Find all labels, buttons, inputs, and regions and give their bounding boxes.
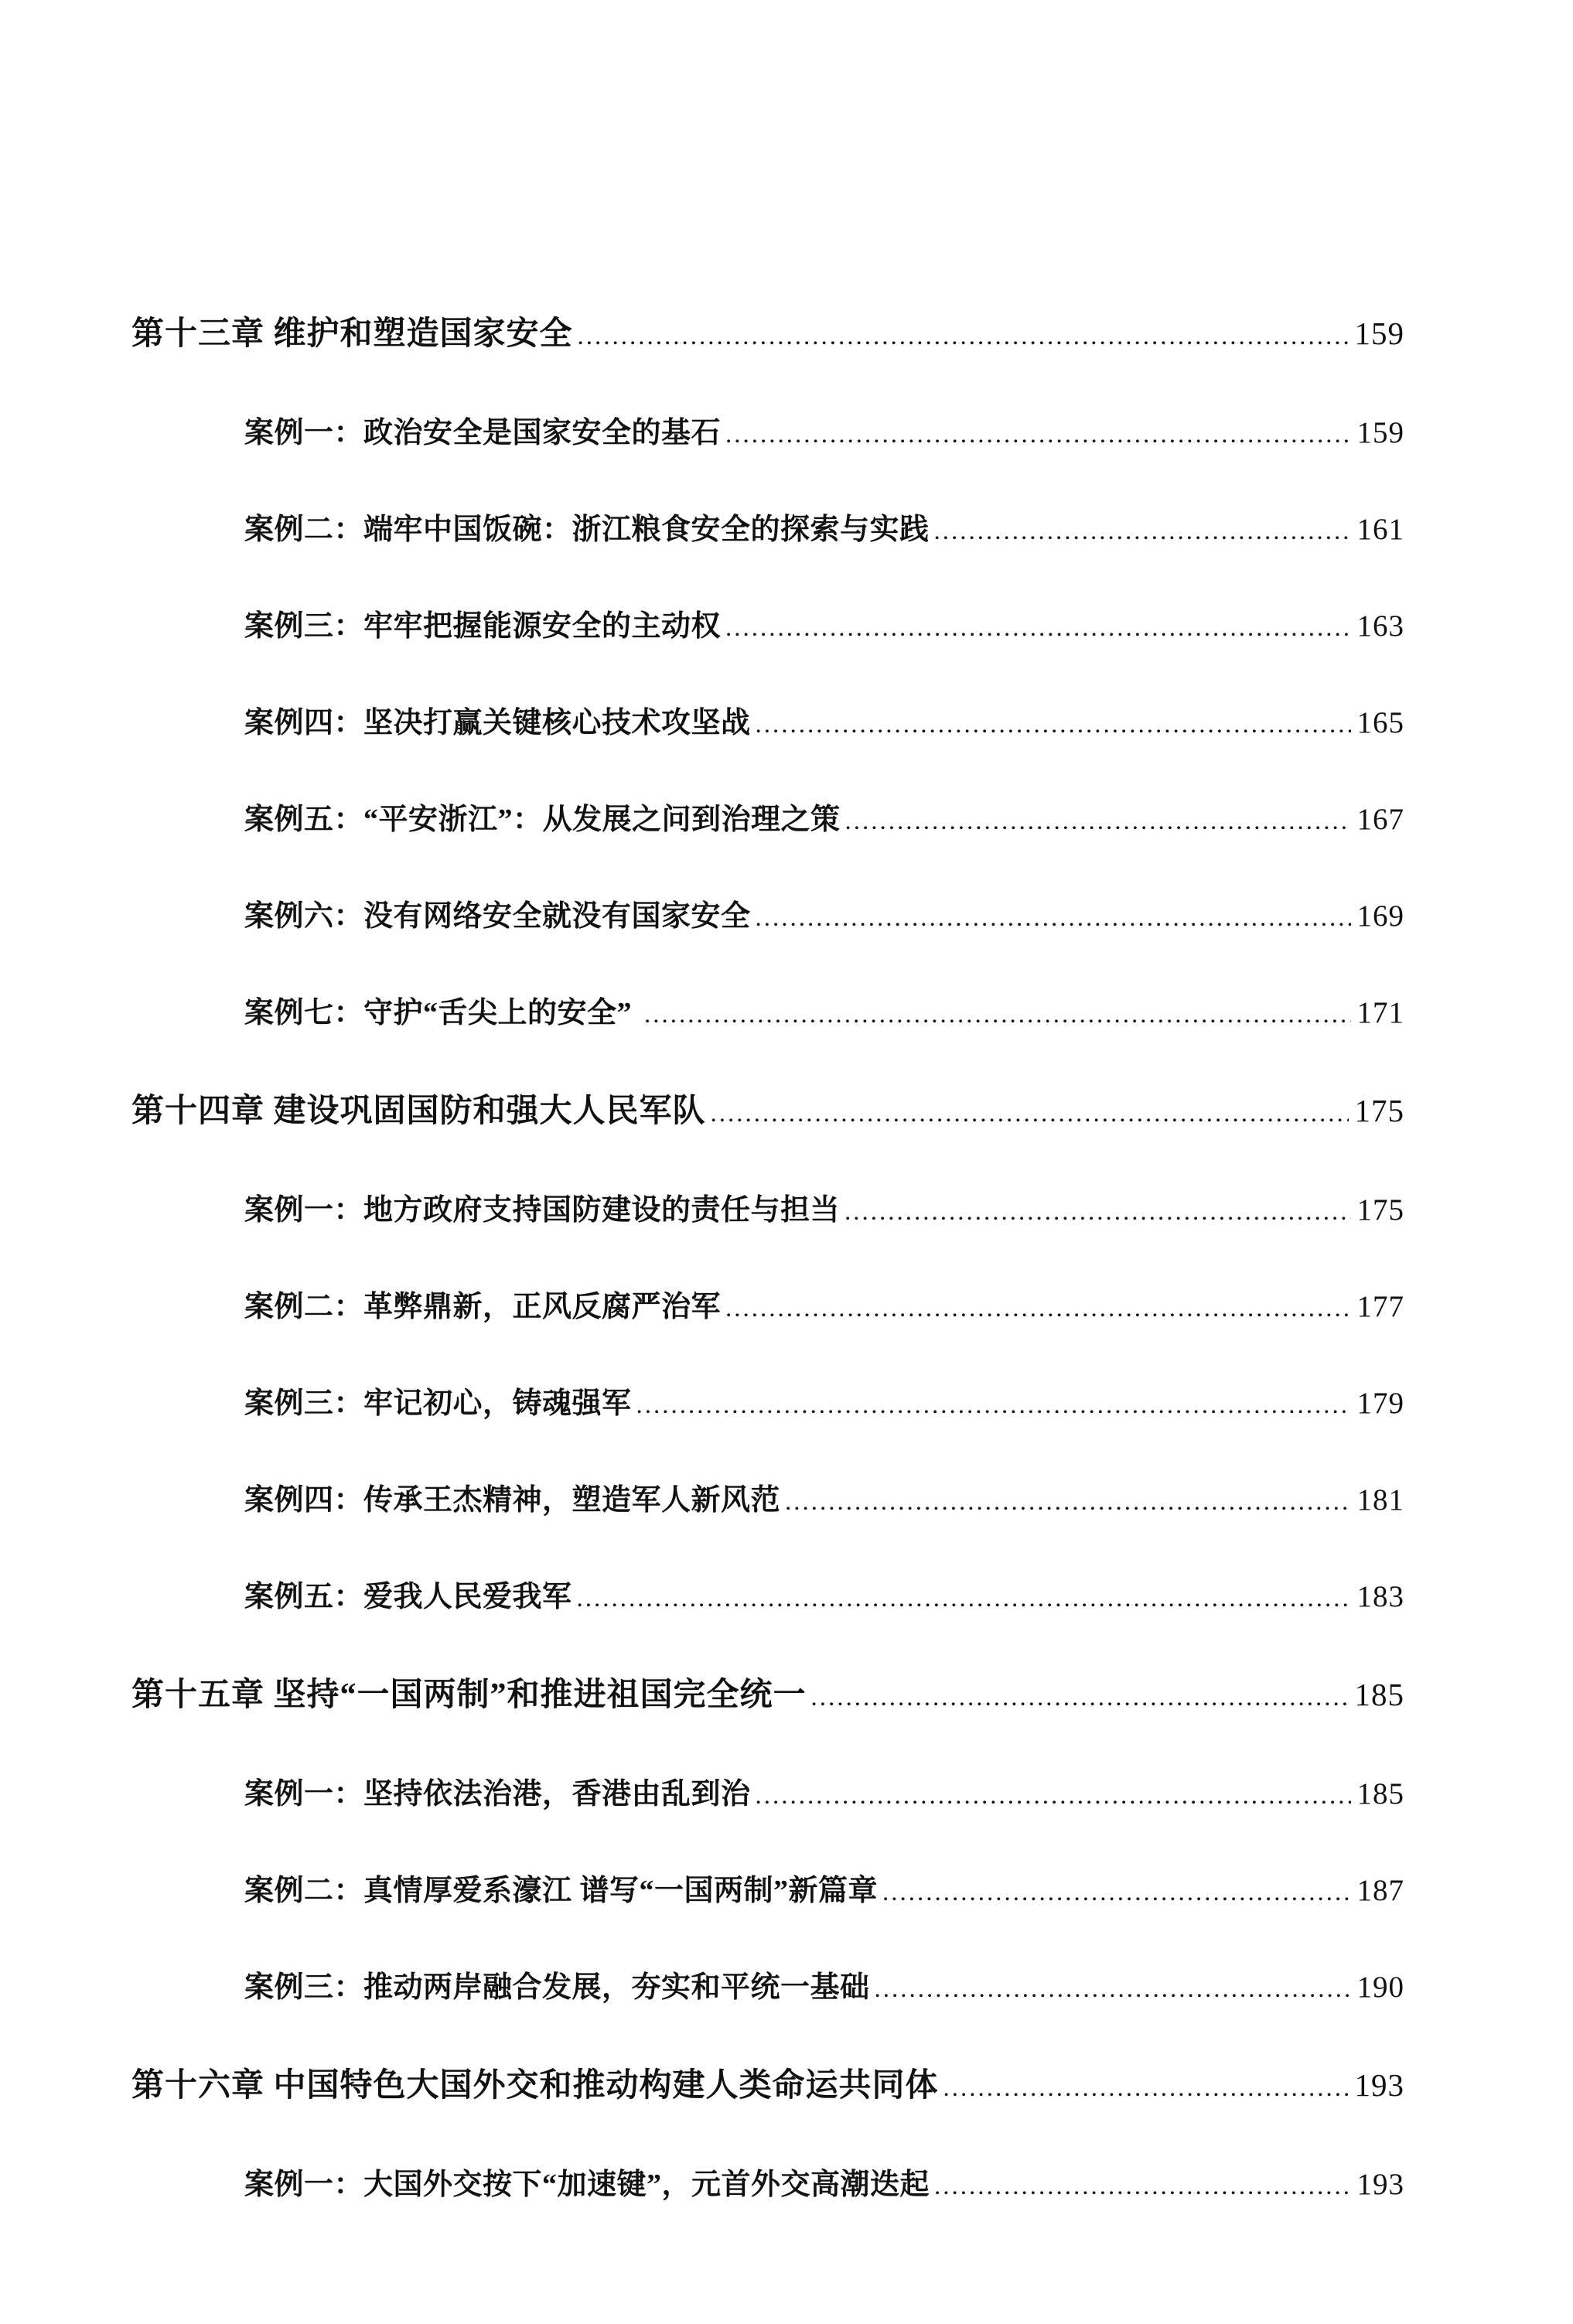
toc-entry: 案例三：牢牢把握能源安全的主动权 .......................… — [131, 602, 1404, 644]
entry-page: 187 — [1357, 1873, 1405, 1908]
entry-title: 案例一：坚持依法治港，香港由乱到治 — [244, 1769, 751, 1812]
dot-leader-icon: ........................................… — [934, 517, 1351, 546]
entry-page: 193 — [1357, 2167, 1405, 2202]
dot-leader-icon: ........................................… — [725, 1295, 1350, 1323]
entry-page: 169 — [1357, 899, 1405, 933]
entry-title: 案例一：地方政府支持国防建设的责任与担当 — [244, 1186, 840, 1228]
entry-page: 179 — [1357, 1386, 1405, 1421]
toc-entry: 第十三章 维护和塑造国家安全 .........................… — [131, 308, 1404, 354]
entry-title: 案例二：端牢中国饭碗：浙江粮食安全的探索与实践 — [244, 505, 930, 548]
entry-title: 第十四章 建设巩固国防和强大人民军队 — [131, 1085, 706, 1131]
dot-leader-icon: ........................................… — [725, 614, 1350, 643]
entry-title: 第十五章 坚持“一国两制”和推进祖国完全统一 — [131, 1669, 807, 1715]
dot-leader-icon: ........................................… — [644, 1001, 1350, 1029]
entry-page: 193 — [1355, 2066, 1405, 2104]
entry-page: 185 — [1357, 1776, 1405, 1811]
entry-title: 案例一：大国外交按下“加速键”，元首外交高潮迭起 — [244, 2160, 930, 2203]
toc-entry: 案例六：没有网络安全就没有国家安全 ......................… — [131, 892, 1404, 934]
toc-page: { "document": { "kind": "table-of-conten… — [0, 0, 1573, 2324]
dot-leader-icon: ........................................… — [725, 421, 1350, 449]
entry-title: 案例六：没有网络安全就没有国家安全 — [244, 892, 751, 934]
toc-entry: 案例二：端牢中国饭碗：浙江粮食安全的探索与实践 ................… — [131, 505, 1404, 548]
entry-title: 案例五：“平安浙江”：从发展之问到治理之策 — [244, 795, 841, 838]
toc-entry: 第十六章 中国特色大国外交和推动构建人类命运共同体 ..............… — [131, 2060, 1404, 2106]
dot-leader-icon: ........................................… — [711, 1100, 1349, 1128]
entry-page: 185 — [1355, 1676, 1405, 1713]
entry-title: 案例四：坚决打赢关键核心技术攻坚战 — [244, 698, 751, 741]
entry-title: 案例五：爱我人民爱我军 — [244, 1572, 572, 1615]
entry-page: 190 — [1357, 1970, 1405, 2005]
entry-title: 案例三：推动两岸融合发展，夯实和平统一基础 — [244, 1963, 870, 2005]
toc-entry: 案例二：真情厚爱系濠江 谱写“一国两制”新篇章 ................… — [131, 1866, 1404, 1909]
entry-page: 159 — [1355, 315, 1405, 352]
entry-page: 181 — [1357, 1483, 1405, 1517]
toc-entry: 案例四：坚决打赢关键核心技术攻坚战 ......................… — [131, 698, 1404, 741]
entry-page: 171 — [1357, 995, 1405, 1030]
toc-entry: 案例一：坚持依法治港，香港由乱到治 ......................… — [131, 1769, 1404, 1812]
toc-entry: 案例一：大国外交按下“加速键”，元首外交高潮迭起 ...............… — [131, 2160, 1404, 2203]
entry-page: 175 — [1357, 1193, 1405, 1227]
dot-leader-icon: ........................................… — [845, 807, 1351, 836]
toc-list: 第十三章 维护和塑造国家安全 .........................… — [131, 308, 1404, 2257]
entry-page: 183 — [1357, 1579, 1405, 1614]
dot-leader-icon: ........................................… — [811, 1684, 1349, 1712]
entry-page: 161 — [1357, 512, 1405, 547]
entry-title: 案例四：传承王杰精神，塑造军人新风范 — [244, 1476, 780, 1518]
dot-leader-icon: ........................................… — [875, 1975, 1351, 2004]
entry-title: 案例一：政治安全是国家安全的基石 — [244, 408, 721, 451]
entry-title: 第十三章 维护和塑造国家安全 — [131, 308, 573, 354]
entry-title: 案例二：真情厚爱系濠江 谱写“一国两制”新篇章 — [244, 1866, 878, 1909]
dot-leader-icon: ........................................… — [943, 2074, 1349, 2103]
dot-leader-icon: ........................................… — [785, 1488, 1350, 1517]
entry-page: 175 — [1355, 1092, 1405, 1129]
dot-leader-icon: ........................................… — [882, 1879, 1350, 1907]
dot-leader-icon: ........................................… — [756, 904, 1351, 933]
entry-page: 167 — [1357, 802, 1405, 837]
dot-leader-icon: ........................................… — [578, 322, 1349, 351]
entry-title: 案例二：革弊鼎新，正风反腐严治军 — [244, 1282, 721, 1325]
entry-page: 163 — [1357, 609, 1405, 643]
entry-page: 177 — [1357, 1289, 1405, 1324]
toc-entry: 案例一：政治安全是国家安全的基石 .......................… — [131, 408, 1404, 451]
toc-entry: 案例三：推动两岸融合发展，夯实和平统一基础 ..................… — [131, 1963, 1404, 2005]
dot-leader-icon: ........................................… — [636, 1391, 1351, 1420]
dot-leader-icon: ........................................… — [934, 2172, 1350, 2201]
toc-entry: 案例四：传承王杰精神，塑造军人新风范 .....................… — [131, 1476, 1404, 1518]
toc-entry: 第十五章 坚持“一国两制”和推进祖国完全统一 .................… — [131, 1669, 1404, 1715]
toc-entry: 第十四章 建设巩固国防和强大人民军队 .....................… — [131, 1085, 1404, 1131]
dot-leader-icon: ........................................… — [756, 1782, 1351, 1810]
dot-leader-icon: ........................................… — [845, 1198, 1350, 1227]
entry-title: 第十六章 中国特色大国外交和推动构建人类命运共同体 — [131, 2060, 939, 2106]
toc-entry: 案例三：牢记初心，铸魂强军 ..........................… — [131, 1379, 1404, 1421]
entry-title: 案例三：牢记初心，铸魂强军 — [244, 1379, 632, 1421]
toc-entry: 案例一：地方政府支持国防建设的责任与担当 ...................… — [131, 1186, 1404, 1228]
dot-leader-icon: ........................................… — [756, 711, 1351, 739]
entry-title: 案例七：守护“舌尖上的安全” — [244, 988, 640, 1031]
entry-page: 165 — [1357, 705, 1405, 740]
toc-entry: 案例二：革弊鼎新，正风反腐严治军 .......................… — [131, 1282, 1404, 1325]
toc-entry: 案例五：爱我人民爱我军 ............................… — [131, 1572, 1404, 1615]
toc-entry: 案例五：“平安浙江”：从发展之问到治理之策 ..................… — [131, 795, 1404, 838]
entry-title: 案例三：牢牢把握能源安全的主动权 — [244, 602, 721, 644]
dot-leader-icon: ........................................… — [577, 1585, 1351, 1613]
toc-entry: 案例七：守护“舌尖上的安全” .........................… — [131, 988, 1404, 1031]
entry-page: 159 — [1357, 415, 1405, 450]
